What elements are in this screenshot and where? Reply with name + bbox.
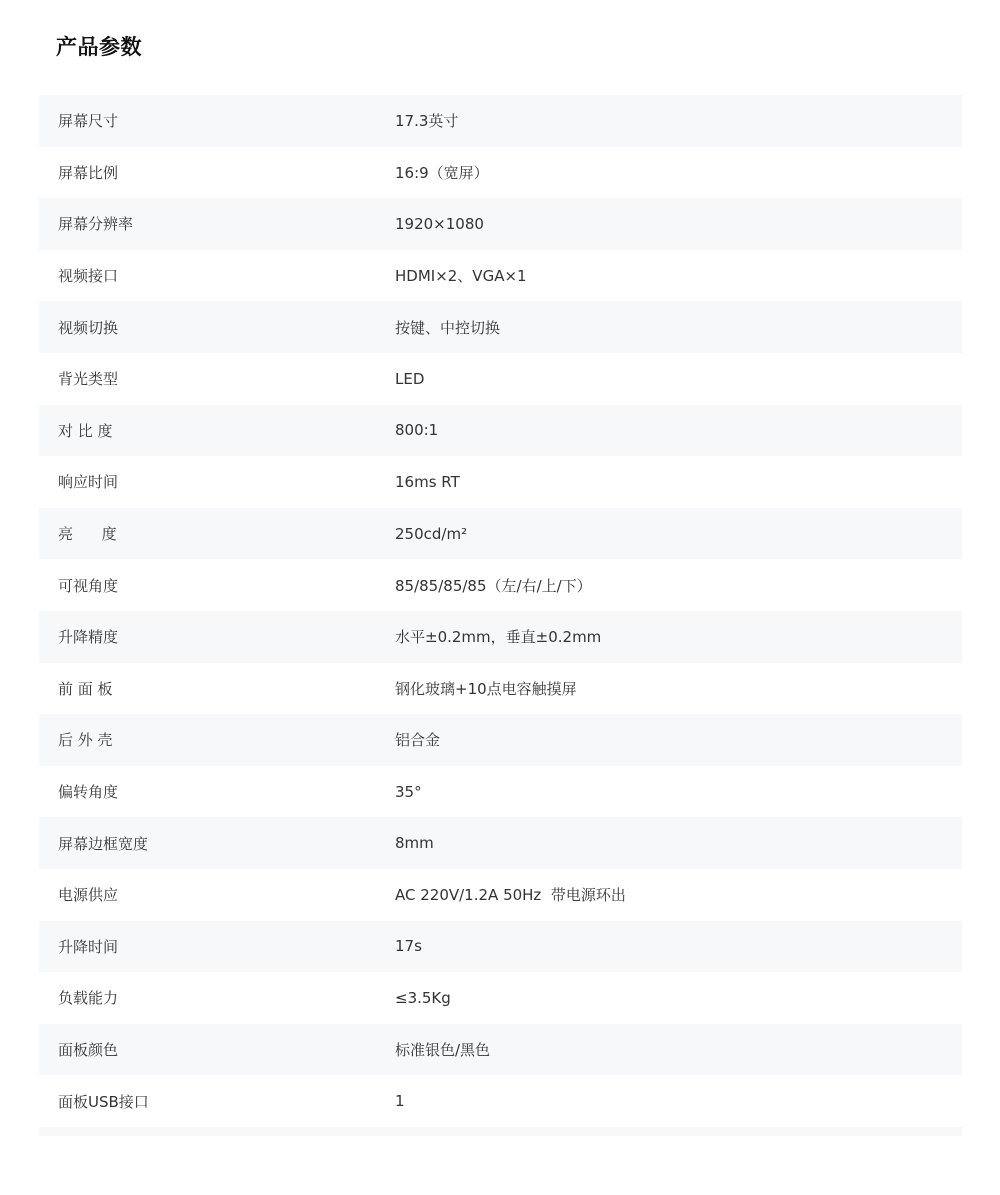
spec-value: AC 220V/1.2A 50Hz 带电源环出 — [395, 884, 962, 905]
spec-label: 视频接口 — [39, 265, 395, 286]
spec-label: 电源供应 — [39, 884, 395, 905]
spec-label: 负载能力 — [39, 987, 395, 1008]
spec-label: 屏幕比例 — [39, 162, 395, 183]
spec-label: 后 外 壳 — [39, 729, 395, 750]
spec-label: 偏转角度 — [39, 781, 395, 802]
spec-row-brightness: 亮 度 250cd/m² — [39, 508, 962, 560]
spec-row-screen-size: 屏幕尺寸 17.3英寸 — [39, 95, 962, 147]
spec-value: 8mm — [395, 834, 962, 852]
spec-label: 屏幕分辨率 — [39, 213, 395, 234]
spec-label: 视频切换 — [39, 317, 395, 338]
spec-label: 屏幕尺寸 — [39, 110, 395, 131]
spec-value: 标准银色/黑色 — [395, 1039, 962, 1060]
spec-value: 17s — [395, 937, 962, 955]
spec-row-tilt-angle: 偏转角度 35° — [39, 766, 962, 818]
spec-value: 水平±0.2mm，垂直±0.2mm — [395, 626, 962, 647]
spec-row-lift-precision: 升降精度 水平±0.2mm，垂直±0.2mm — [39, 611, 962, 663]
spec-row-aspect-ratio: 屏幕比例 16:9（宽屏） — [39, 147, 962, 199]
spec-label: 面板USB接口 — [39, 1091, 395, 1112]
spec-label: 前 面 板 — [39, 678, 395, 699]
spec-label: 屏幕边框宽度 — [39, 833, 395, 854]
spec-label: 背光类型 — [39, 368, 395, 389]
spec-row-contrast: 对 比 度 800:1 — [39, 405, 962, 457]
spec-value: 35° — [395, 783, 962, 801]
spec-row-bezel-width: 屏幕边框宽度 8mm — [39, 817, 962, 869]
spec-value: 85/85/85/85（左/右/上/下） — [395, 575, 962, 596]
spec-row-rear-shell: 后 外 壳 铝合金 — [39, 714, 962, 766]
spec-value: 16ms RT — [395, 473, 962, 491]
spec-label: 对 比 度 — [39, 420, 395, 441]
spec-value: 16:9（宽屏） — [395, 162, 962, 183]
spec-value: 17.3英寸 — [395, 110, 962, 131]
spec-value: 250cd/m² — [395, 525, 962, 543]
spec-row-response-time: 响应时间 16ms RT — [39, 456, 962, 508]
spec-label: 可视角度 — [39, 575, 395, 596]
spec-row-front-panel: 前 面 板 钢化玻璃+10点电容触摸屏 — [39, 663, 962, 715]
spec-label: 响应时间 — [39, 471, 395, 492]
spec-row-load-capacity: 负载能力 ≤3.5Kg — [39, 972, 962, 1024]
spec-row-power-supply: 电源供应 AC 220V/1.2A 50Hz 带电源环出 — [39, 869, 962, 921]
spec-row-resolution: 屏幕分辨率 1920×1080 — [39, 198, 962, 250]
spec-value: HDMI×2、VGA×1 — [395, 265, 962, 286]
spec-row-panel-usb: 面板USB接口 1 — [39, 1075, 962, 1127]
spec-value: LED — [395, 370, 962, 388]
spec-row-viewing-angle: 可视角度 85/85/85/85（左/右/上/下） — [39, 559, 962, 611]
spec-table: 屏幕尺寸 17.3英寸 屏幕比例 16:9（宽屏） 屏幕分辨率 1920×108… — [39, 95, 962, 1136]
spec-value: 800:1 — [395, 421, 962, 439]
spec-row-backlight: 背光类型 LED — [39, 353, 962, 405]
spec-row-video-interface: 视频接口 HDMI×2、VGA×1 — [39, 250, 962, 302]
spec-value: 按键、中控切换 — [395, 317, 962, 338]
spec-label: 亮 度 — [39, 523, 395, 544]
spec-row-panel-color: 面板颜色 标准银色/黑色 — [39, 1024, 962, 1076]
table-bottom-strip — [39, 1127, 962, 1136]
spec-value: 1920×1080 — [395, 215, 962, 233]
spec-label: 面板颜色 — [39, 1039, 395, 1060]
spec-label: 升降时间 — [39, 936, 395, 957]
page-title: 产品参数 — [56, 32, 142, 62]
spec-value: 1 — [395, 1092, 962, 1110]
spec-value: 钢化玻璃+10点电容触摸屏 — [395, 678, 962, 699]
spec-row-video-switch: 视频切换 按键、中控切换 — [39, 301, 962, 353]
spec-row-lift-time: 升降时间 17s — [39, 921, 962, 973]
spec-value: ≤3.5Kg — [395, 989, 962, 1007]
spec-label: 升降精度 — [39, 626, 395, 647]
spec-value: 铝合金 — [395, 729, 962, 750]
